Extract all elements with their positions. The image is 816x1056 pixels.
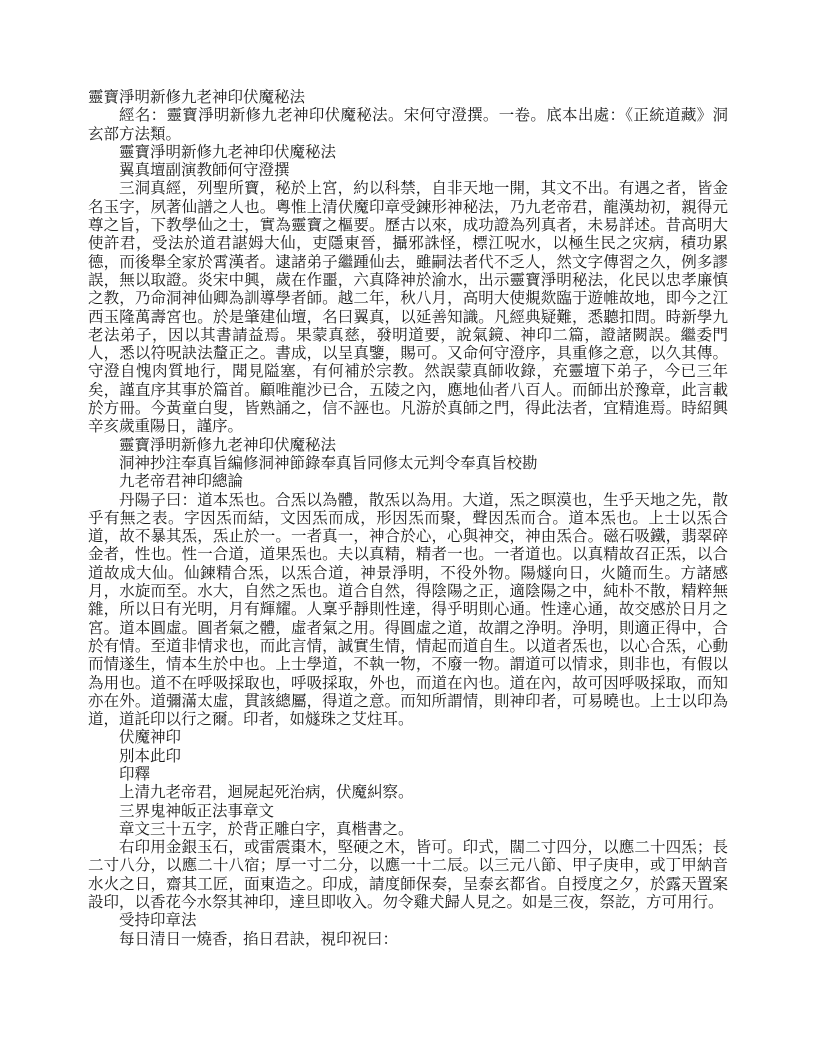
section-heading-bieben: 別本此印 [88, 748, 728, 766]
catalog-note: 經名：靈寶淨明新修九老神印伏魔秘法。宋何守澄撰。一卷。底本出處：《正統道藏》洞玄… [88, 107, 728, 144]
treatise: 丹陽子曰：道本炁也。合炁以為體，散炁以為用。大道，炁之暝漠也，生乎天地之先，散乎… [88, 492, 728, 730]
section-heading-shenyin-zonglun: 九老帝君神印總論 [88, 473, 728, 491]
section-heading-yinshi: 印釋 [88, 766, 728, 784]
inner-title-repeat: 靈寶淨明新修九老神印伏魔秘法 [88, 437, 728, 455]
shouchi-text: 每日清日一燒香，掐日君訣，視印祝曰： [88, 931, 728, 949]
seal-making-instructions: 右印用金銀玉石，或雷震棗木，堅硬之木，皆可。印式，闊二寸四分，以應二十四炁；長二… [88, 839, 728, 912]
author-line: 翼真壇副演教師何守澄撰 [88, 162, 728, 180]
editors-line: 洞神抄注奉真旨編修洞神節錄奉真旨同修太元判令奉真旨校勘 [88, 455, 728, 473]
document-text-block: 靈寶淨明新修九老神印伏魔秘法經名：靈寶淨明新修九老神印伏魔秘法。宋何守澄撰。一卷… [88, 89, 728, 949]
section-heading-shouchi: 受持印章法 [88, 912, 728, 930]
inner-title: 靈寶淨明新修九老神印伏魔秘法 [88, 144, 728, 162]
main-title: 靈寶淨明新修九老神印伏魔秘法 [88, 89, 728, 107]
preface: 三洞真經，列聖所寶，秘於上宮，約以科禁，自非天地一開，其文不出。有遇之者，皆金名… [88, 180, 728, 436]
document-page: 靈寶淨明新修九老神印伏魔秘法經名：靈寶淨明新修九老神印伏魔秘法。宋何守澄撰。一卷… [0, 0, 816, 1056]
section-heading-fumo-shenyin: 伏魔神印 [88, 729, 728, 747]
zhangwen-note: 章文三十五字，於背正雕白字，真楷書之。 [88, 821, 728, 839]
section-heading-zhangwen: 三界鬼神皈正法事章文 [88, 803, 728, 821]
yinshi-text: 上清九老帝君，迴屍起死治病，伏魔糾察。 [88, 784, 728, 802]
